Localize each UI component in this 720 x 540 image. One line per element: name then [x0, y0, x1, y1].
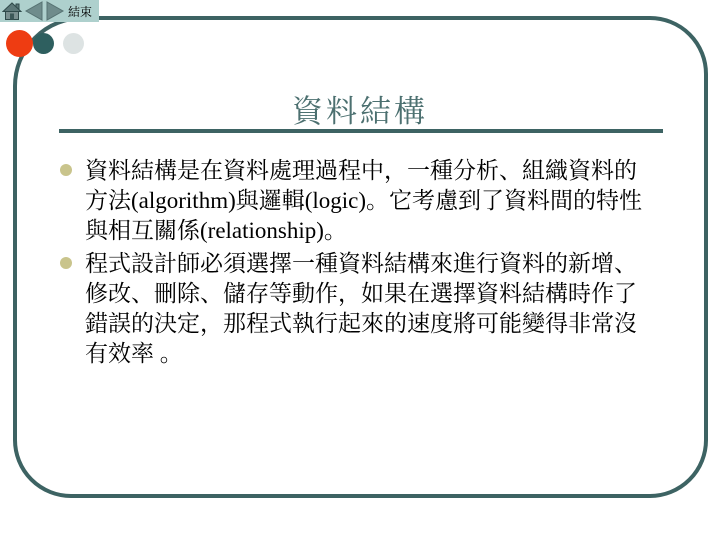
bullet-item: 程式設計師必須選擇一種資料結構來進行資料的新增、修改、刪除、儲存等動作，如果在選… [60, 249, 654, 369]
bullet-dot-icon [60, 164, 72, 176]
slide-title: 資料結構 [0, 86, 720, 131]
forward-arrow-icon [45, 1, 65, 21]
back-arrow-icon [24, 1, 44, 21]
decor-circle-red [6, 30, 33, 57]
decor-circle-gray [63, 33, 84, 54]
forward-button[interactable] [45, 1, 65, 21]
end-link[interactable]: 結束 [68, 3, 92, 20]
bullet-text: 程式設計師必須選擇一種資料結構來進行資料的新增、修改、刪除、儲存等動作，如果在選… [85, 249, 654, 369]
nav-toolbar: 結束 [0, 0, 99, 22]
presentation-slide: 結束 資料結構 資料結構是在資料處理過程中，一種分析、組織資料的方法(algor… [0, 0, 720, 540]
home-button[interactable] [2, 2, 23, 21]
decor-circle-teal [33, 33, 54, 54]
bullet-list: 資料結構是在資料處理過程中，一種分析、組織資料的方法(algorithm)與邏輯… [60, 156, 654, 372]
back-button[interactable] [24, 1, 44, 21]
bullet-dot-icon [60, 257, 72, 269]
bullet-item: 資料結構是在資料處理過程中，一種分析、組織資料的方法(algorithm)與邏輯… [60, 156, 654, 246]
bullet-text: 資料結構是在資料處理過程中，一種分析、組織資料的方法(algorithm)與邏輯… [85, 156, 654, 246]
home-icon [2, 2, 23, 21]
